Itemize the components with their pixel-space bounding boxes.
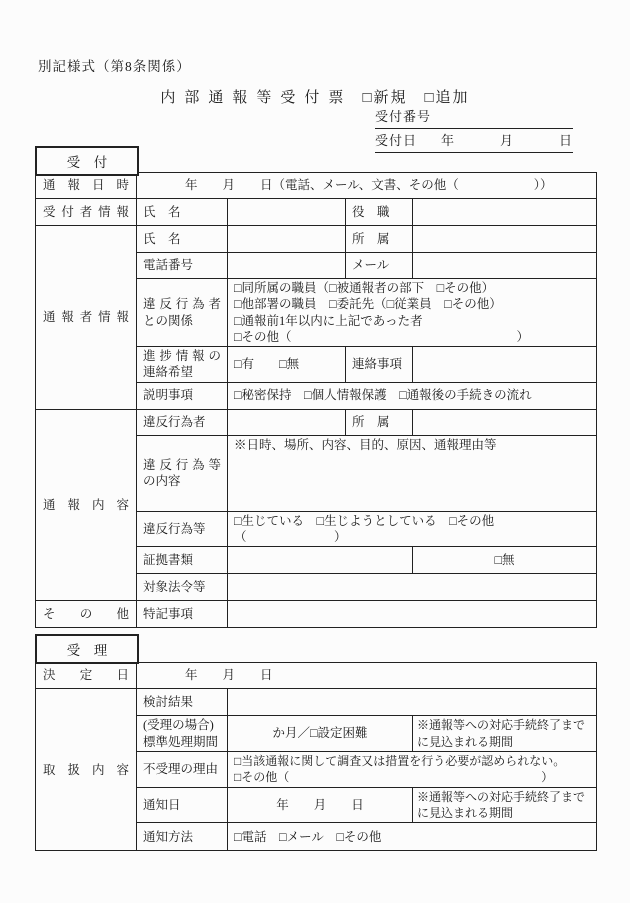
progress-contact-label: 進捗情報の 連絡希望 [137,347,228,383]
form-style-note: 別記様式（第8条関係） [38,55,191,75]
violation-status-options: □生じている □生じようとしている □その他（ ） [228,511,597,547]
relation-options: □同所属の職員（□被通報者の部下 □その他） □他部署の職員 □委託先（□従業員… [228,279,597,347]
mail-label: メール [346,253,413,279]
notice-date-label: 通知日 [137,788,228,823]
relation-option-same-dept: □同所属の職員（□被通報者の部下 □その他） [234,280,590,296]
reporter-name-label: 氏 名 [137,226,228,253]
mail-field [413,253,597,279]
evidence-label: 証拠書類 [137,547,228,574]
phone-label: 電話番号 [137,253,228,279]
acceptance-table: 決定日 年 月 日 取扱内容 検討結果 (受理の場合) 標準処理期間 か月／□設… [35,662,597,851]
receiver-title-label: 役 職 [346,199,413,226]
table-row: 受付者情報 氏 名 役 職 [36,199,597,226]
violation-detail-label-line2: の内容 [143,473,221,489]
applicable-law-label: 対象法令等 [137,574,228,601]
progress-contact-label-line2: 連絡希望 [143,364,221,380]
report-content-label: 通報内容 [36,409,137,601]
standard-period-label-line2: 標準処理期間 [143,734,221,750]
reception-table: 通報日時 年 月 日（電話、メール、文書、その他（ ）） 受付者情報 氏 名 役… [35,172,597,628]
receipt-date-row: 受付日 年 月 日 [375,131,573,153]
rejection-reason-line2: □その他（ ） [234,770,590,786]
relation-label: 違反行為者 との関係 [137,279,228,347]
receipt-date-label: 受付日 [375,131,417,152]
relation-option-within-1yr: □通報前1年以内に上記であった者 [234,313,590,329]
relation-option-other-dept: □他部署の職員 □委託先（□従業員 □その他） [234,296,590,312]
reporter-dept-label: 所 属 [346,226,413,253]
violation-detail-field: ※日時、場所、内容、目的、原因、通報理由等 [228,435,597,511]
standard-period-value: か月／□設定困難 [228,716,413,752]
receiver-name-label: 氏 名 [137,199,228,226]
receipt-number-row: 受付番号 [375,107,573,129]
page-title: 内部通報等受付票□新規 □追加 [0,86,630,107]
phone-field [228,253,346,279]
other-section-label: その他 [36,601,137,628]
review-result-label: 検討結果 [137,689,228,716]
section-box-acceptance-label: 受 理 [67,639,108,659]
review-result-field [228,689,597,716]
violator-dept-label: 所 属 [346,409,413,435]
report-datetime-value: 年 月 日（電話、メール、文書、その他（ ）） [137,173,597,199]
reporter-dept-field [413,226,597,253]
relation-option-other: □その他（ ） [234,329,590,345]
report-datetime-label: 通報日時 [36,173,137,199]
table-row: 決定日 年 月 日 [36,663,597,689]
explained-items-options: □秘密保持 □個人情報保護 □通報後の手続きの流れ [228,382,597,409]
applicable-law-field [228,574,597,601]
notice-date-note: ※通報等への対応手続終了までに見込まれる期間 [413,788,597,823]
rejection-reason-options: □当該通報に関して調査又は措置を行う必要が認められない。 □その他（ ） [228,752,597,788]
violator-dept-field [413,409,597,435]
notice-method-options: □電話 □メール □その他 [228,823,597,851]
section-box-reception-label: 受 付 [67,151,108,171]
decision-date-label: 決定日 [36,663,137,689]
standard-period-note: ※通報等への対応手続終了までに見込まれる期間 [413,716,597,752]
violation-status-label: 違反行為等 [137,511,228,547]
handling-content-label: 取扱内容 [36,689,137,851]
receiver-info-label: 受付者情報 [36,199,137,226]
progress-contact-label-line1: 進捗情報の [143,348,221,364]
violator-field [228,409,346,435]
receipt-number-label: 受付番号 [375,107,431,128]
notice-method-label: 通知方法 [137,823,228,851]
reporter-info-label: 通報者情報 [36,226,137,410]
violator-label: 違反行為者 [137,409,228,435]
special-note-field [228,601,597,628]
title-checkboxes: □新規 □追加 [362,90,469,106]
receipt-header-block: 受付番号 受付日 年 月 日 [375,107,573,155]
evidence-field [228,547,413,574]
decision-date-value: 年 月 日 [137,663,597,689]
receipt-date-value: 年 月 日 [417,131,573,152]
section-box-acceptance: 受 理 [35,634,139,664]
relation-label-line2: との関係 [143,313,221,329]
table-row: 通報日時 年 月 日（電話、メール、文書、その他（ ）） [36,173,597,199]
explained-items-label: 説明事項 [137,382,228,409]
progress-contact-options: □有 □無 [228,347,346,383]
section-box-reception: 受 付 [35,146,139,176]
standard-period-label-line1: (受理の場合) [143,717,221,733]
reporter-name-field [228,226,346,253]
evidence-none-checkbox: □無 [413,547,597,574]
receipt-number-value [431,107,573,128]
receiver-name-field [228,199,346,226]
rejection-reason-label: 不受理の理由 [137,752,228,788]
table-row: その他 特記事項 [36,601,597,628]
table-row: 取扱内容 検討結果 [36,689,597,716]
notice-date-value: 年 月 日 [228,788,413,823]
standard-period-label: (受理の場合) 標準処理期間 [137,716,228,752]
special-note-label: 特記事項 [137,601,228,628]
table-row: 通報者情報 氏 名 所 属 [36,226,597,253]
violation-detail-label-line1: 違反行為等 [143,457,221,473]
rejection-reason-line1: □当該通報に関して調査又は措置を行う必要が認められない。 [234,754,590,770]
page-title-text: 内部通報等受付票 [160,90,352,106]
relation-label-line1: 違反行為者 [143,296,221,312]
contact-matter-label: 連絡事項 [346,347,413,383]
violation-detail-label: 違反行為等 の内容 [137,435,228,511]
table-row: 通報内容 違反行為者 所 属 [36,409,597,435]
receiver-title-field [413,199,597,226]
contact-matter-field [413,347,597,383]
